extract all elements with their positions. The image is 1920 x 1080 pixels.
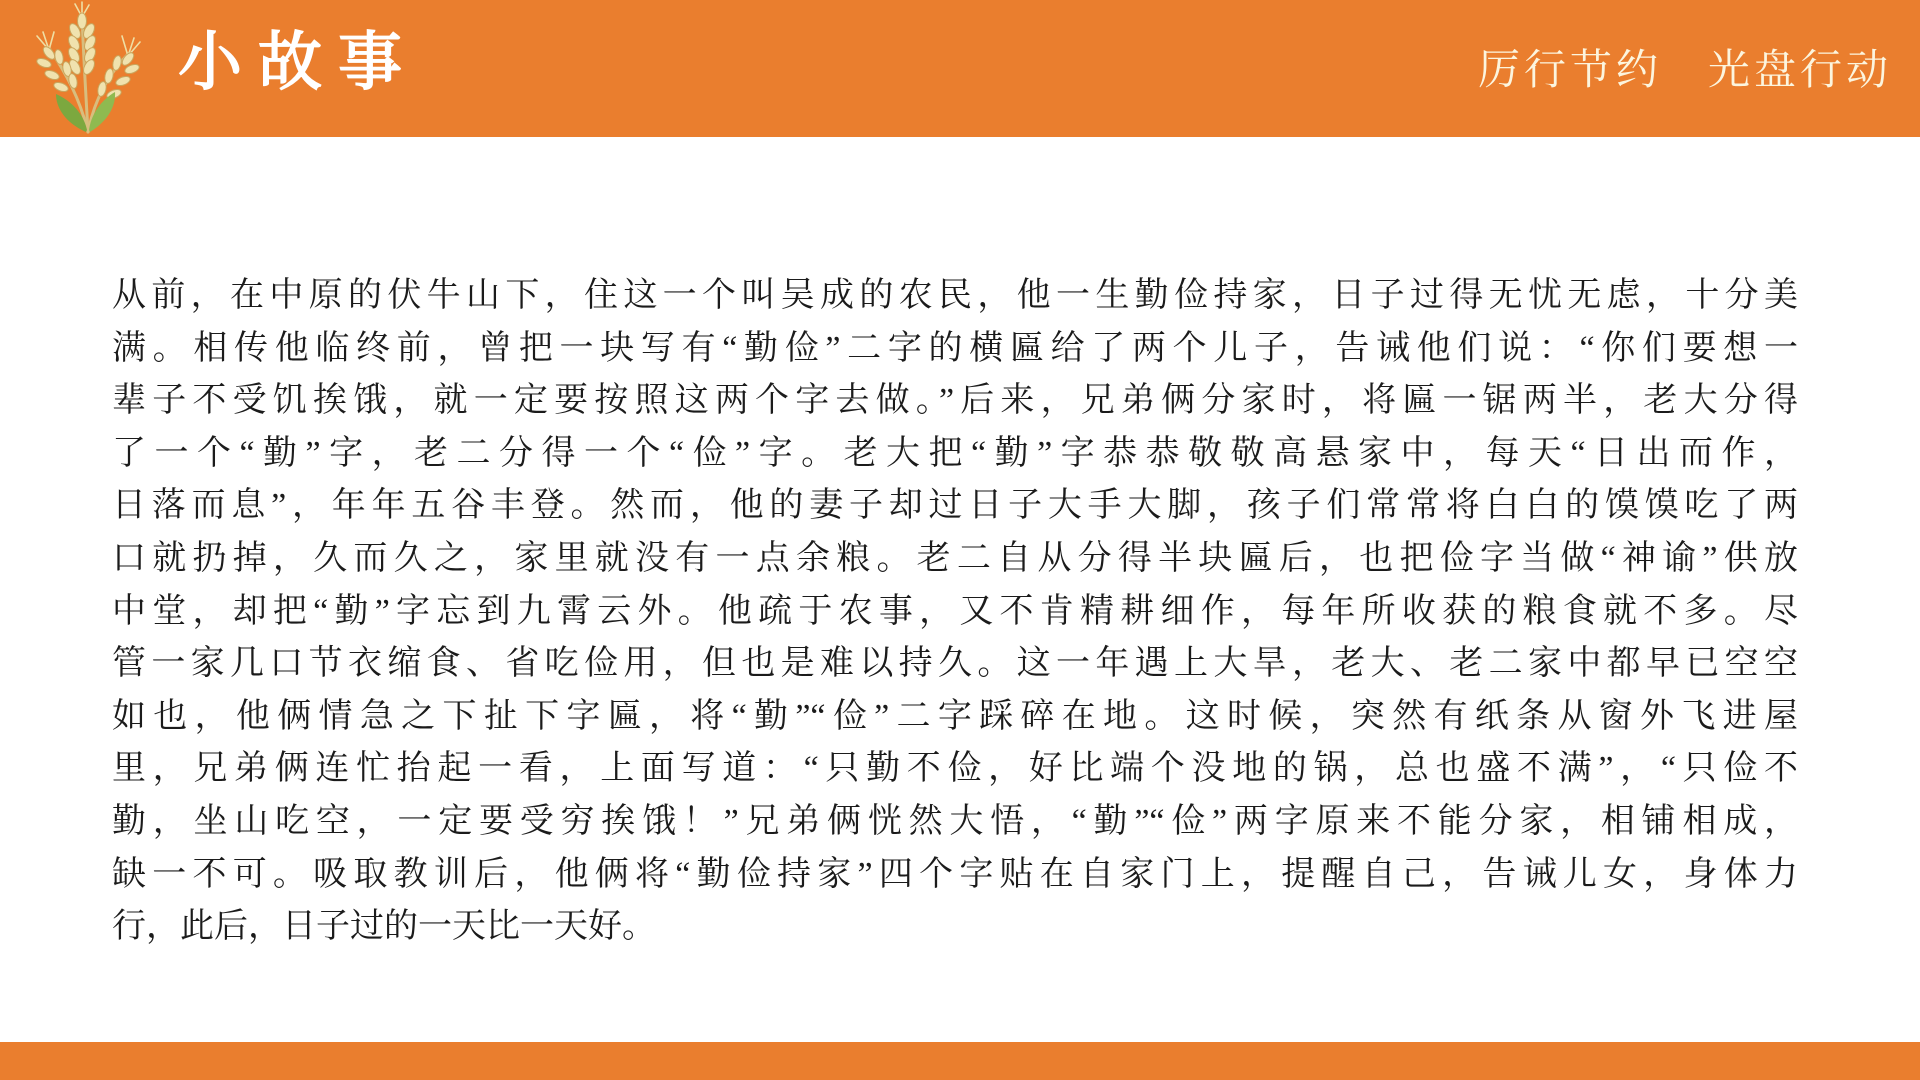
story-line: 日落而息”，年年五谷丰登。然而，他的妻子却过日子大手大脚，孩子们常常将白白的馍馍… bbox=[112, 480, 1798, 533]
header-bar: 小故事 厉行节约 光盘行动 bbox=[0, 0, 1920, 137]
story-line: 行，此后，日子过的一天比一天好。 bbox=[112, 901, 1798, 954]
story-line: 勤，坐山吃空，一定要受穷挨饿！”兄弟俩恍然大悟，“勤”“俭”两字原来不能分家，相… bbox=[112, 796, 1798, 849]
story-line: 了一个“勤”字，老二分得一个“俭”字。老大把“勤”字恭恭敬敬高悬家中，每天“日出… bbox=[112, 428, 1798, 481]
header-slogan: 厉行节约 光盘行动 bbox=[1478, 48, 1892, 94]
story-line: 辈子不受饥挨饿，就一定要按照这两个字去做。”后来，兄弟俩分家时，将匾一锯两半，老… bbox=[112, 375, 1798, 428]
story-line: 从前，在中原的伏牛山下，住这一个叫吴成的农民，他一生勤俭持家，日子过得无忧无虑，… bbox=[112, 270, 1798, 323]
story-line: 口就扔掉，久而久之，家里就没有一点余粮。老二自从分得半块匾后，也把俭字当做“神谕… bbox=[112, 533, 1798, 586]
story-line: 缺一不可。吸取教训后，他俩将“勤俭持家”四个字贴在自家门上，提醒自己，告诫儿女，… bbox=[112, 849, 1798, 902]
story-line: 中堂，却把“勤”字忘到九霄云外。他疏于农事，又不肯精耕细作，每年所收获的粮食就不… bbox=[112, 586, 1798, 639]
footer-bar bbox=[0, 1042, 1920, 1080]
presentation-slide: 小故事 厉行节约 光盘行动 从前，在中原的伏牛山下，住这一个叫吴成的农民，他一生… bbox=[0, 0, 1920, 1080]
story-line: 里，兄弟俩连忙抬起一看，上面写道：“只勤不俭，好比端个没地的锅，总也盛不满”，“… bbox=[112, 743, 1798, 796]
story-line: 管一家几口节衣缩食、省吃俭用，但也是难以持久。这一年遇上大旱，老大、老二家中都早… bbox=[112, 638, 1798, 691]
story-line: 满。相传他临终前，曾把一块写有“勤俭”二字的横匾给了两个儿子，告诫他们说：“你们… bbox=[112, 323, 1798, 376]
wheat-icon bbox=[22, 1, 154, 135]
story-line: 如也，他俩情急之下扯下字匾，将“勤”“俭”二字踩碎在地。这时候，突然有纸条从窗外… bbox=[112, 691, 1798, 744]
page-title: 小故事 bbox=[178, 30, 418, 94]
story-text-block: 从前，在中原的伏牛山下，住这一个叫吴成的农民，他一生勤俭持家，日子过得无忧无虑，… bbox=[112, 270, 1798, 954]
